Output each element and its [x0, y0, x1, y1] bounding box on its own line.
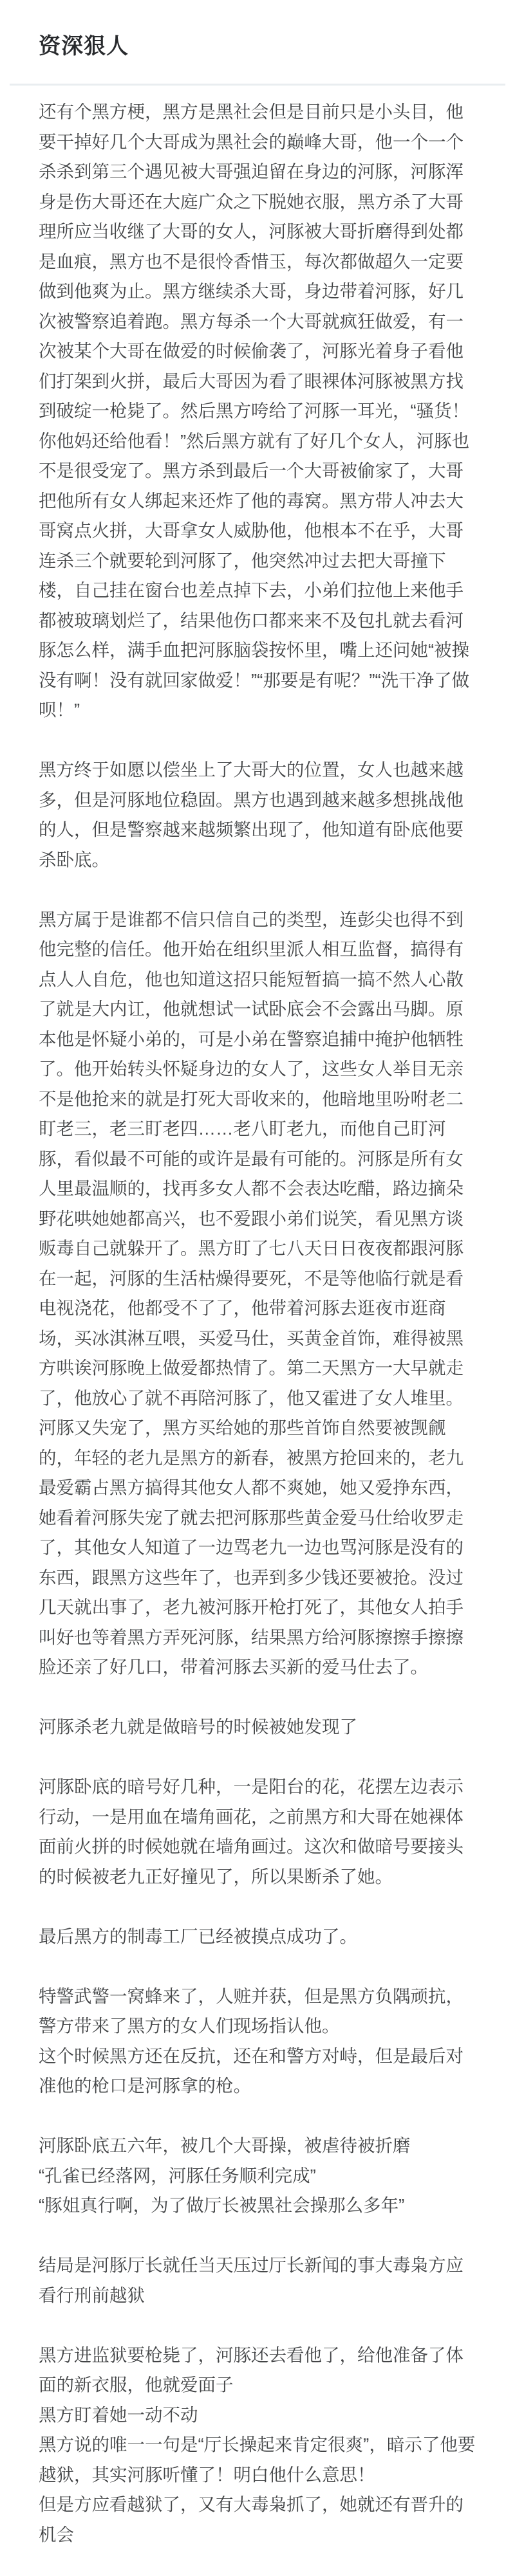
paragraph: 河豚杀老九就是做暗号的时候被她发现了: [39, 1712, 476, 1742]
paragraph: 还有个黑方梗，黑方是黑社会但是目前只是小头目，他要干掉好几个大哥成为黑社会的巅峰…: [39, 97, 476, 726]
paragraph: 黑方属于是谁都不信只信自己的类型，连彭尖也得不到他完整的信任。他开始在组织里派人…: [39, 905, 476, 1683]
paragraph: 河豚卧底的暗号好几种，一是阳台的花，花摆左边表示行动，一是用血在墙角画花，之前黑…: [39, 1772, 476, 1892]
divider: [10, 84, 505, 86]
article-page: 资深狠人 还有个黑方梗，黑方是黑社会但是目前只是小头目，他要干掉好几个大哥成为黑…: [0, 0, 515, 2576]
page-title: 资深狠人: [39, 32, 476, 60]
paragraph: 黑方终于如愿以偿坐上了大哥大的位置，女人也越来越多，但是河豚地位稳固。黑方也遇到…: [39, 755, 476, 875]
article-body: 还有个黑方梗，黑方是黑社会但是目前只是小头目，他要干掉好几个大哥成为黑社会的巅峰…: [39, 97, 476, 2550]
paragraph: 河豚卧底五六年，被几个大哥操，被虐待被折磨“孔雀已经落网，河豚任务顺利完成”“豚…: [39, 2131, 476, 2221]
paragraph: 黑方进监狱要枪毙了，河豚还去看他了，给他准备了体面的新衣服，他就爱面子黑方盯着她…: [39, 2341, 476, 2550]
paragraph: 最后黑方的制毒工厂已经被摸点成功了。: [39, 1922, 476, 1952]
paragraph: 特警武警一窝蜂来了，人赃并获，但是黑方负隅顽抗，警方带来了黑方的女人们现场指认他…: [39, 1982, 476, 2101]
paragraph: 结局是河豚厅长就任当天压过厅长新闻的事大毒枭方应看行刑前越狱: [39, 2251, 476, 2310]
